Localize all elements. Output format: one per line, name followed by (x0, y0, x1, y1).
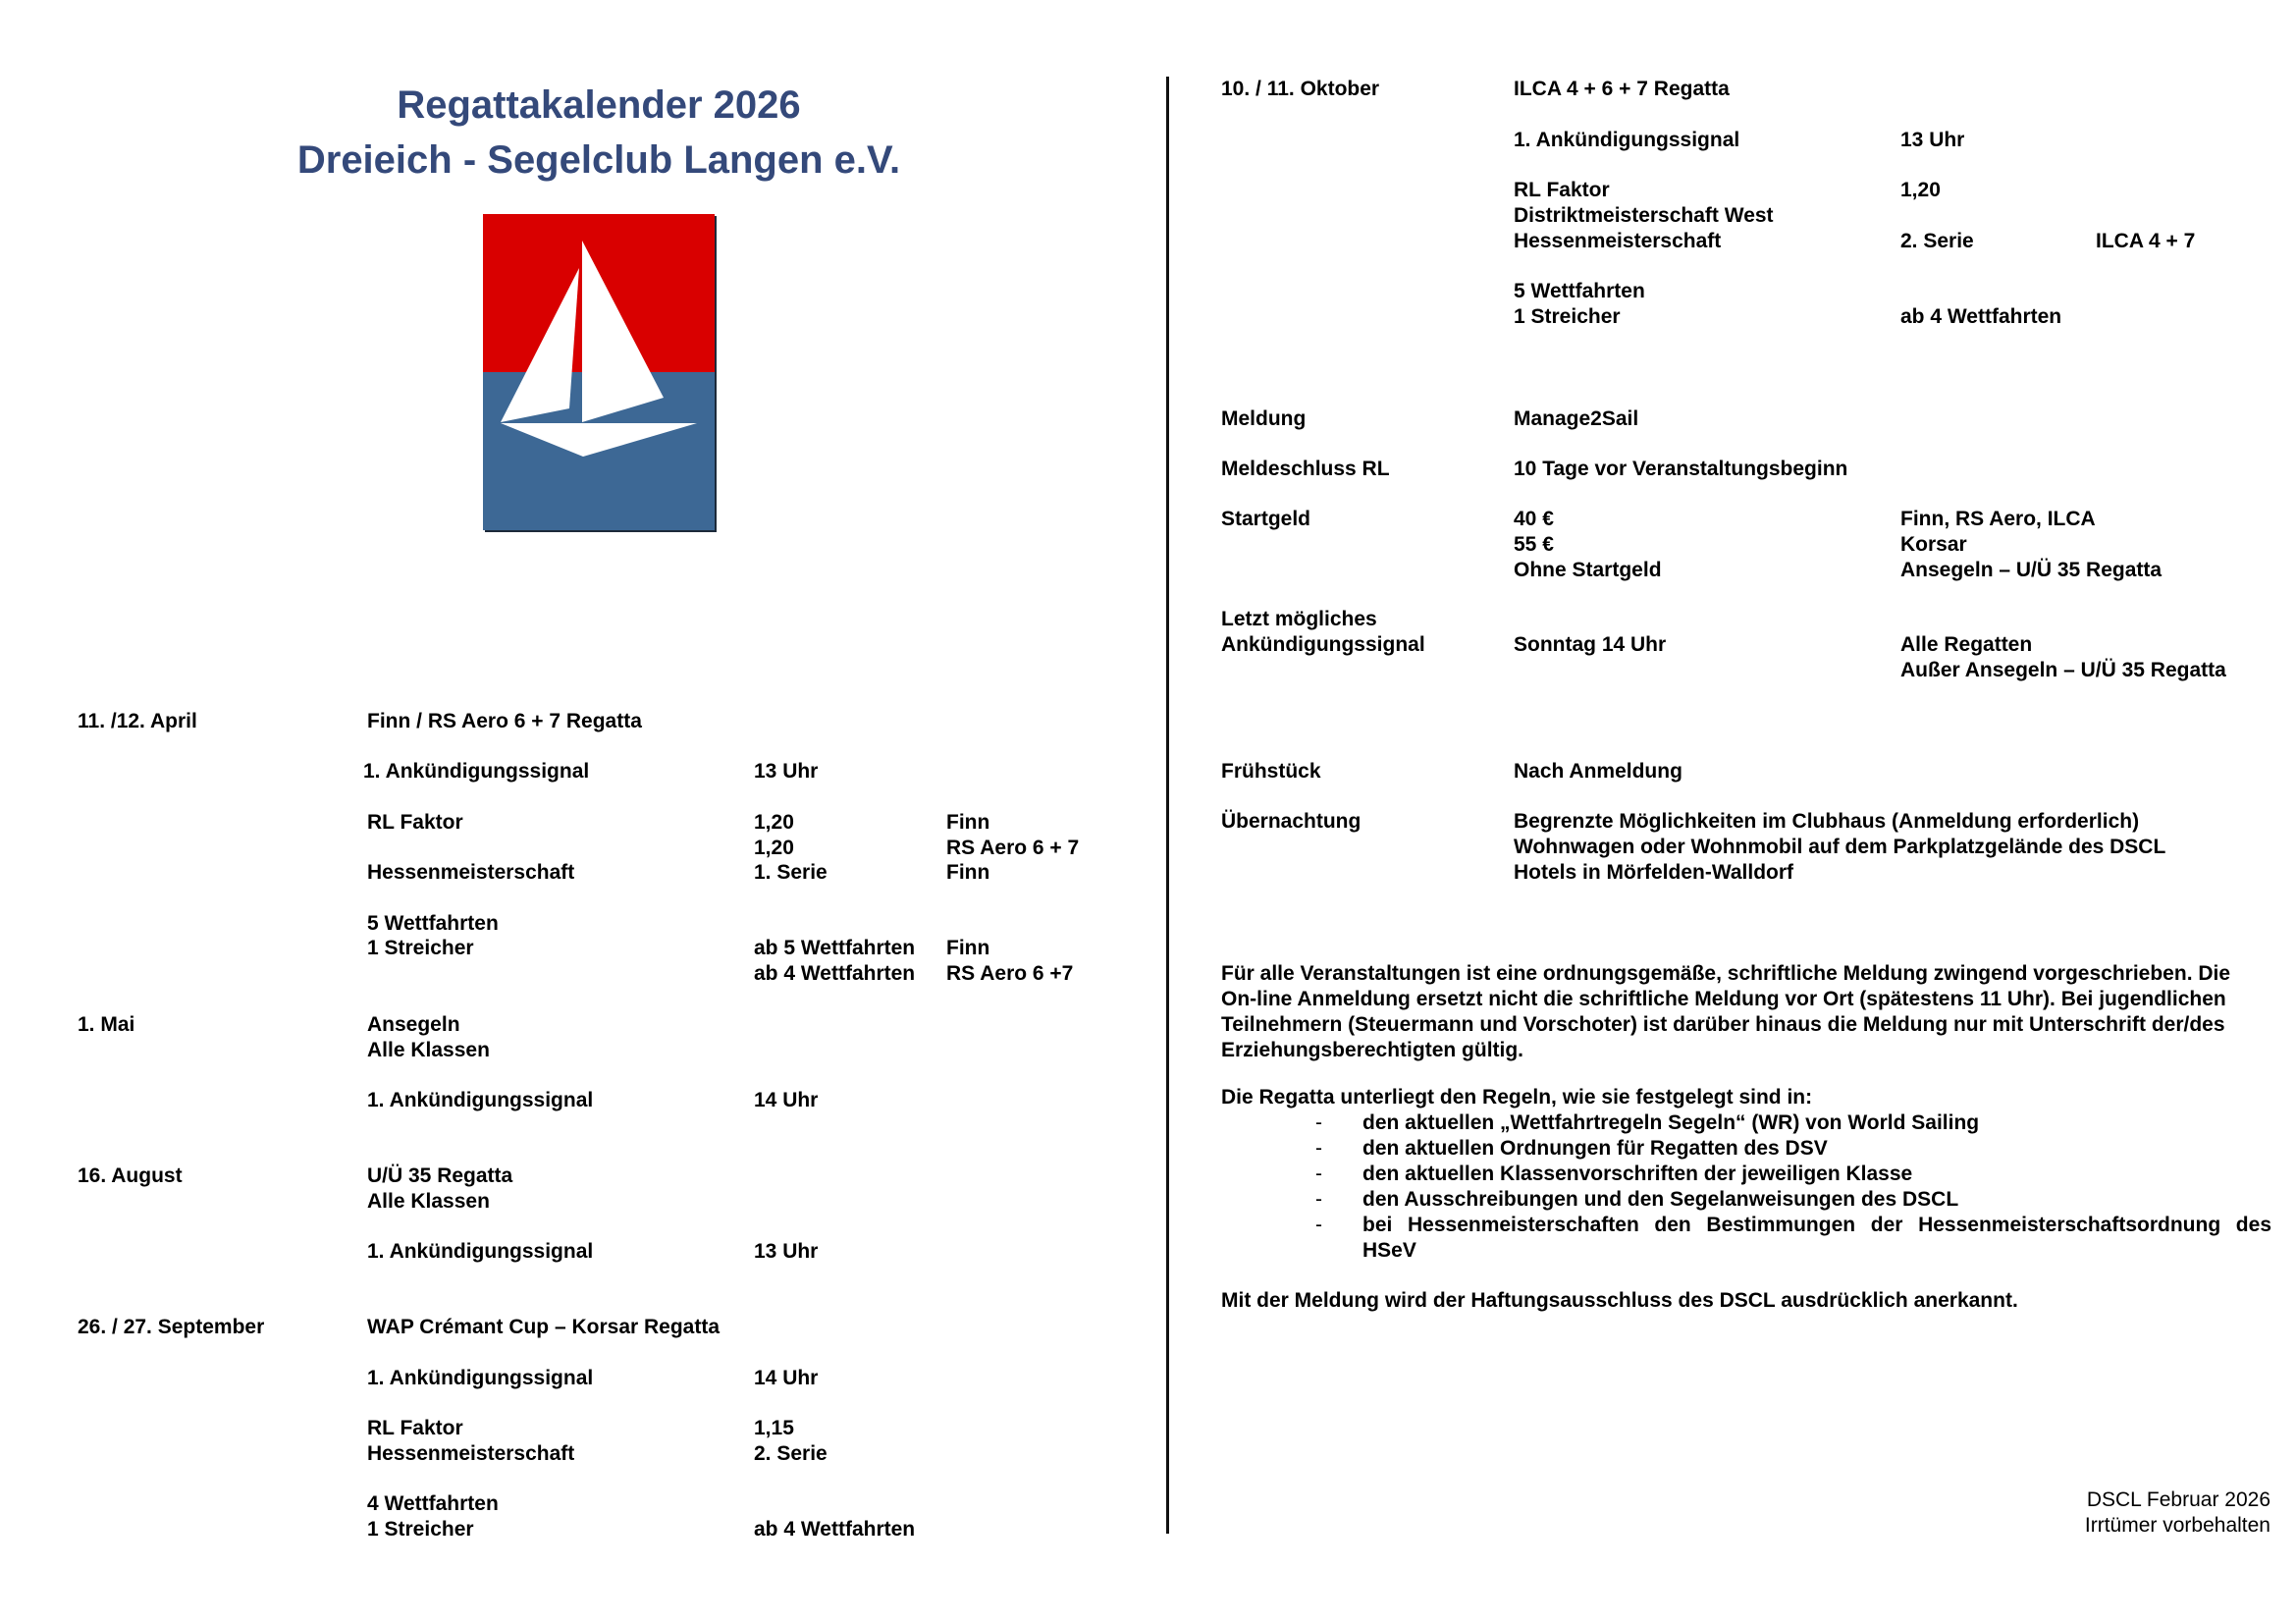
event-name: Ansegeln (367, 1012, 460, 1038)
sailboat-logo-icon (483, 214, 715, 530)
meldung-value: Manage2Sail (1514, 406, 1638, 432)
row-label: 4 Wettfahrten (367, 1491, 499, 1517)
uebernachtung-line: Wohnwagen oder Wohnmobil auf dem Parkpla… (1514, 835, 2165, 860)
startgeld-note: Korsar (1900, 532, 1967, 558)
row-note: RS Aero 6 + 7 (946, 836, 1079, 861)
event-date: 26. / 27. September (78, 1315, 264, 1340)
fruehstueck-label: Frühstück (1221, 759, 1321, 784)
row-value: ab 4 Wettfahrten (754, 961, 915, 987)
row-label: RL Faktor (1514, 178, 1610, 203)
letzt-value: Sonntag 14 Uhr (1514, 632, 1666, 658)
row-value: 13 Uhr (1900, 128, 1964, 153)
startgeld-note: Ansegeln – U/Ü 35 Regatta (1900, 558, 2162, 583)
footer-disclaimer: Irrtümer vorbehalten (2085, 1513, 2270, 1539)
row-note: Finn (946, 936, 989, 961)
row-value: 2. Serie (1900, 229, 1974, 254)
registration-notice: Für alle Veranstaltungen ist eine ordnun… (1221, 961, 2271, 1063)
rules-list: -den aktuellen „Wettfahrtregeln Segeln“ … (1221, 1110, 2271, 1264)
event-date: 10. / 11. Oktober (1221, 77, 1379, 102)
row-value: 2. Serie (754, 1441, 828, 1467)
meldeschluss-label: Meldeschluss RL (1221, 457, 1390, 482)
startgeld-value: 40 € (1514, 507, 1554, 532)
row-label: Hessenmeisterschaft (367, 860, 574, 886)
row-value: 13 Uhr (754, 759, 818, 784)
row-label: 1. Ankündigungssignal (367, 1366, 593, 1391)
row-label: 5 Wettfahrten (367, 911, 499, 937)
event-date: 11. /12. April (78, 709, 197, 734)
row-label: Alle Klassen (367, 1189, 490, 1215)
event-name: Finn / RS Aero 6 + 7 Regatta (367, 709, 642, 734)
page-title-line2: Dreieich - Segelclub Langen e.V. (0, 134, 1198, 187)
event-name: U/Ü 35 Regatta (367, 1163, 512, 1189)
row-label: RL Faktor (367, 1416, 463, 1441)
row-value: 1,20 (1900, 178, 1941, 203)
rules-item: -den aktuellen „Wettfahrtregeln Segeln“ … (1221, 1110, 2271, 1136)
bullet-dash-icon: - (1315, 1136, 1322, 1162)
row-note: RS Aero 6 +7 (946, 961, 1073, 987)
row-value: 1,20 (754, 810, 794, 836)
bullet-dash-icon: - (1315, 1187, 1322, 1213)
uebernachtung-label: Übernachtung (1221, 809, 1361, 835)
meldeschluss-value: 10 Tage vor Veranstaltungsbeginn (1514, 457, 1847, 482)
event-name: WAP Crémant Cup – Korsar Regatta (367, 1315, 720, 1340)
startgeld-label: Startgeld (1221, 507, 1310, 532)
row-value: 14 Uhr (754, 1088, 818, 1113)
row-label: 1. Ankündigungssignal (363, 759, 589, 784)
row-value: 13 Uhr (754, 1239, 818, 1265)
liability-notice: Mit der Meldung wird der Haftungsausschl… (1221, 1288, 2271, 1314)
rules-item: -den aktuellen Klassenvorschriften der j… (1221, 1162, 2271, 1187)
startgeld-value: 55 € (1514, 532, 1554, 558)
footer-date: DSCL Februar 2026 (2085, 1488, 2270, 1513)
row-label: 1 Streicher (1514, 304, 1621, 330)
row-value: ab 4 Wettfahrten (754, 1517, 915, 1542)
row-label: RL Faktor (367, 810, 463, 836)
letzt-label: Letzt mögliches (1221, 607, 1377, 632)
bullet-dash-icon: - (1315, 1213, 1322, 1238)
letzt-label: Ankündigungssignal (1221, 632, 1425, 658)
bullet-dash-icon: - (1315, 1162, 1322, 1187)
row-value: ab 5 Wettfahrten (754, 936, 915, 961)
row-label: 1. Ankündigungssignal (367, 1088, 593, 1113)
rules-item: -den aktuellen Ordnungen für Regatten de… (1221, 1136, 2271, 1162)
fruehstueck-value: Nach Anmeldung (1514, 759, 1682, 784)
row-label: 1 Streicher (367, 936, 474, 961)
page-title-line1: Regattakalender 2026 (0, 79, 1198, 132)
letzt-note: Alle Regatten (1900, 632, 2032, 658)
row-value: 14 Uhr (754, 1366, 818, 1391)
rules-intro: Die Regatta unterliegt den Regeln, wie s… (1221, 1085, 2271, 1110)
startgeld-note: Finn, RS Aero, ILCA (1900, 507, 2096, 532)
uebernachtung-line: Begrenzte Möglichkeiten im Clubhaus (Anm… (1514, 809, 2139, 835)
bullet-dash-icon: - (1315, 1110, 1322, 1136)
rules-item: -den Ausschreibungen und den Segelanweis… (1221, 1187, 2271, 1213)
uebernachtung-line: Hotels in Mörfelden-Walldorf (1514, 860, 1793, 886)
event-date: 16. August (78, 1163, 183, 1189)
row-label: Alle Klassen (367, 1038, 490, 1063)
row-note: ILCA 4 + 7 (2096, 229, 2195, 254)
footer: DSCL Februar 2026 Irrtümer vorbehalten (2085, 1488, 2270, 1539)
meldung-label: Meldung (1221, 406, 1306, 432)
row-value: 1,20 (754, 836, 794, 861)
row-label: 5 Wettfahrten (1514, 279, 1645, 304)
rules-item: -bei Hessenmeisterschaften den Bestimmun… (1221, 1213, 2271, 1264)
row-value: 1,15 (754, 1416, 794, 1441)
event-date: 1. Mai (78, 1012, 134, 1038)
event-name: ILCA 4 + 6 + 7 Regatta (1514, 77, 1730, 102)
row-label: 1. Ankündigungssignal (1514, 128, 1739, 153)
row-note: Finn (946, 860, 989, 886)
row-value: 1. Serie (754, 860, 828, 886)
row-label: Hessenmeisterschaft (367, 1441, 574, 1467)
row-label: Distriktmeisterschaft West (1514, 203, 1774, 229)
letzt-note: Außer Ansegeln – U/Ü 35 Regatta (1900, 658, 2226, 683)
row-note: Finn (946, 810, 989, 836)
column-divider (1166, 77, 1169, 1534)
row-label: Hessenmeisterschaft (1514, 229, 1721, 254)
startgeld-value: Ohne Startgeld (1514, 558, 1662, 583)
row-label: 1. Ankündigungssignal (367, 1239, 593, 1265)
row-label: 1 Streicher (367, 1517, 474, 1542)
row-value: ab 4 Wettfahrten (1900, 304, 2061, 330)
